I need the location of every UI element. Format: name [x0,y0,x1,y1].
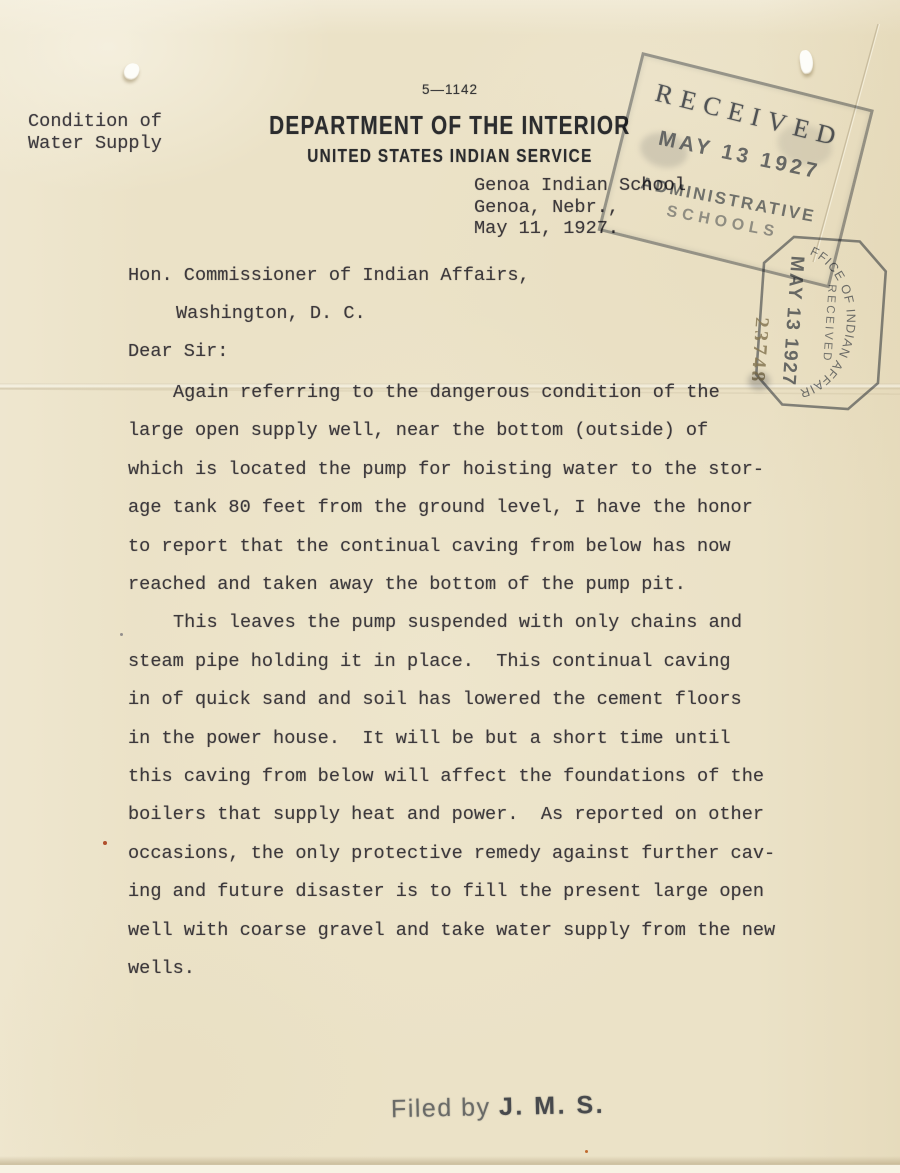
department-title: DEPARTMENT OF THE INTERIOR [269,110,630,141]
service-title: UNITED STATES INDIAN SERVICE [307,146,592,167]
ink-speck [585,1150,588,1153]
paper-chip [122,61,141,81]
letter-body: Again referring to the dangerous conditi… [128,374,828,989]
filed-stamp-initials: J. M. S. [499,1091,606,1121]
oia-stamp-graphic: OFFICE OF INDIAN AFFAIRS RECEIVED MAY 13… [750,231,892,416]
oia-docket-number: 23748 [750,316,774,385]
recipient-line-2: Washington, D. C. [176,303,366,324]
filed-stamp: Filed by J. M. S. [391,1091,606,1124]
letter-paragraph-1: Again referring to the dangerous conditi… [128,374,828,604]
recipient-line-1: Hon. Commissioner of Indian Affairs, [128,265,530,286]
oia-stamp-date: MAY 13 1927 [778,255,808,387]
ink-speck [120,633,123,636]
paper-chip [798,49,814,75]
letter-page: Condition of Water Supply 5—1142 DEPARTM… [0,0,900,1173]
filed-stamp-prefix: Filed by [391,1093,500,1123]
ink-speck [103,841,107,845]
oia-stamp: OFFICE OF INDIAN AFFAIRS RECEIVED MAY 13… [750,231,892,416]
salutation: Dear Sir: [128,341,228,362]
paper-bottom-edge [0,1164,900,1173]
letter-paragraph-2: This leaves the pump suspended with only… [128,604,828,988]
oia-stamp-received: RECEIVED [820,284,837,363]
paper-bottom-shadow [0,1156,900,1164]
